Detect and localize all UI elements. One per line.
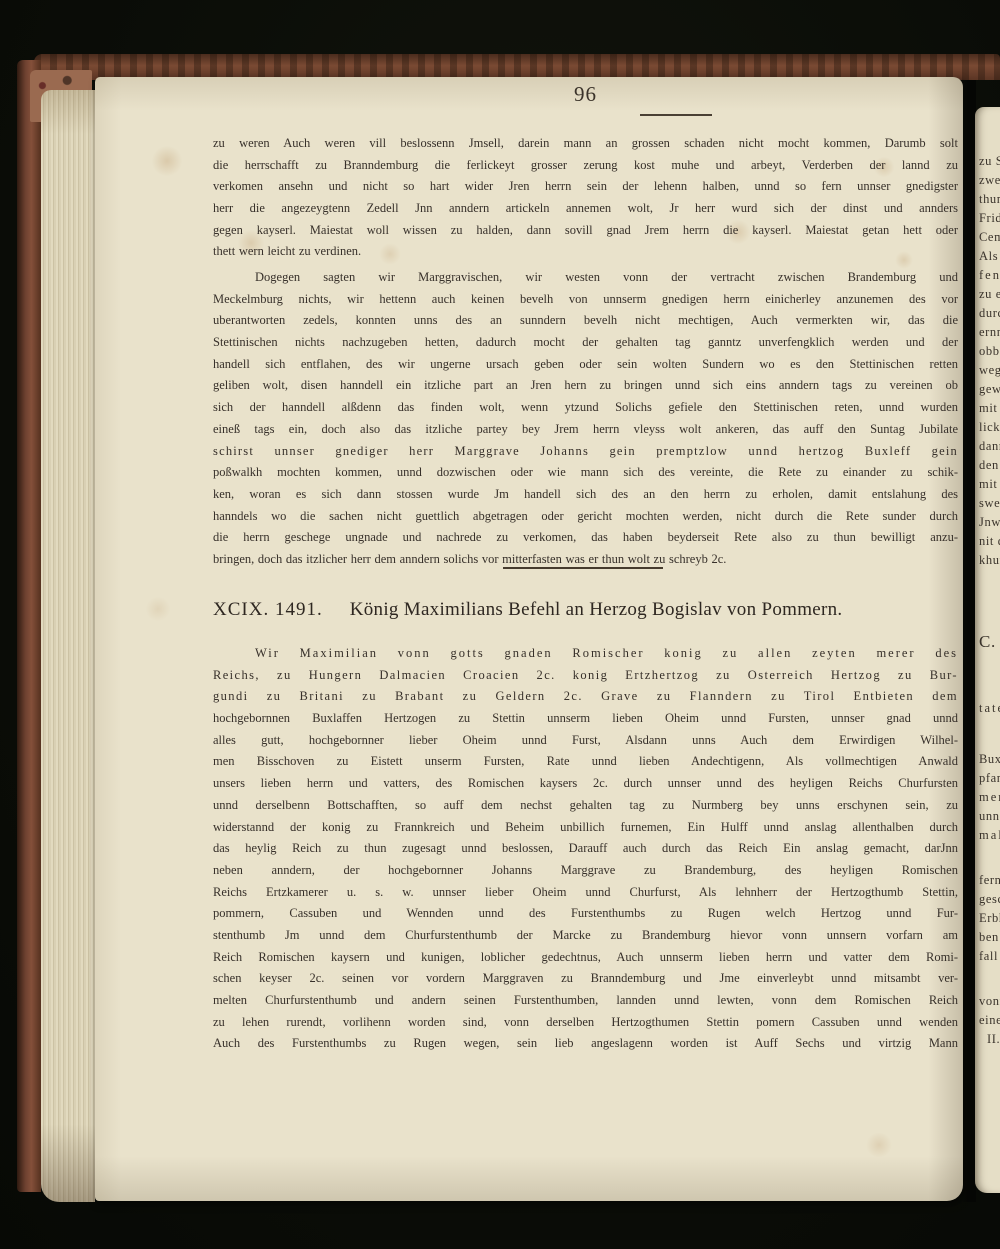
text-fragment: zu S — [979, 152, 1000, 171]
text-line: geliben wolt, disen hanndell ein itzlich… — [213, 375, 958, 397]
foxing-spot — [151, 146, 183, 176]
text-fragment: fern e — [979, 871, 1000, 890]
text-fragment: gesche — [979, 890, 1000, 909]
text-fragment: dann — [979, 437, 1000, 456]
text-line: Reichs Ertzkamerer u. s. w. unnser liebe… — [213, 882, 958, 904]
text-fragment: Erbhe — [979, 909, 1000, 928]
text-line: hochgebornnen Buxlaffen Hertzogen zu Ste… — [213, 708, 958, 730]
text-line: eineß tags ein, doch also das itzliche p… — [213, 419, 958, 441]
text-line: neben anndern, der hochgebornner Johanns… — [213, 860, 958, 882]
text-line: gundi zu Britani zu Brabant zu Geldern 2… — [213, 686, 958, 708]
text-fragment: mit — [979, 475, 1000, 494]
text-fragment: mern — [979, 788, 1000, 807]
document-heading: XCIX. 1491. König Maximilians Befehl an … — [213, 599, 958, 631]
text-line: alles gutt, hochgebornner lieber Oheim u… — [213, 730, 958, 752]
text-line: Reich Romischen kaysern und kunigen, lob… — [213, 947, 958, 969]
text-line: unsers lieben herrn und vatters, des Rom… — [213, 773, 958, 795]
text-line: Wir Maximilian vonn gotts gnaden Romisch… — [213, 643, 958, 665]
text-line: thett wern leicht zu verdinen. — [213, 241, 958, 263]
text-fragment: swere — [979, 494, 1000, 513]
text-line: Reichs, zu Hungern Dalmacien Croacien 2c… — [213, 665, 958, 687]
text-line: Dogegen sagten wir Marggravischen, wir w… — [213, 267, 958, 289]
text-line: sich der hanndell alßdenn das finden wol… — [213, 397, 958, 419]
paragraph-margrave-reply: Dogegen sagten wir Marggravischen, wir w… — [213, 267, 958, 571]
section-divider — [503, 567, 663, 569]
book-scan: { "colors": { "background": "#0a0c07", "… — [0, 0, 1000, 1249]
text-line: poßwalkh mochten kommen, unnd dozwischen… — [213, 462, 958, 484]
text-fragment: tate — [979, 699, 1000, 718]
text-line: unnd derselbenn Bottschafften, so auff d… — [213, 795, 958, 817]
text-fragment: Jnwo — [979, 513, 1000, 532]
text-fragment: zu e — [979, 285, 1000, 304]
text-fragment: Cema — [979, 228, 1000, 247]
text-fragment: nit d — [979, 532, 1000, 551]
text-fragment: einen — [979, 1011, 1000, 1030]
text-fragment: thum — [979, 190, 1000, 209]
text-fragment: pfann — [979, 769, 1000, 788]
text-fragment: gewa — [979, 380, 1000, 399]
paragraph-continuation: zu weren Auch weren vill beslossenn Jmse… — [213, 133, 958, 263]
text-line: stenthumb Jm unnd dem Churfurstenthumb d… — [213, 925, 958, 947]
foxing-spot — [865, 1133, 893, 1157]
text-line: schen keyser 2c. seinen vor vordern Marg… — [213, 968, 958, 990]
next-page-sliver: zu SzweinthumFridCemaAlsfenzu edurchernn… — [975, 107, 1000, 1193]
text-line: men Bisschoven zu Eistett unserm Fursten… — [213, 751, 958, 773]
text-line: hanndels wo die sachen nicht guettlich a… — [213, 506, 958, 528]
text-fragment: Frid — [979, 209, 1000, 228]
text-line: verkomen ansehn und nicht so hart wider … — [213, 176, 958, 198]
text-line: uberantworten zedels, konnten unns des a… — [213, 310, 958, 332]
text-fragment: mall — [979, 826, 1000, 845]
text-line: Stettinischen nichts nachzugeben hetten,… — [213, 332, 958, 354]
text-fragment: fen — [979, 266, 1000, 285]
text-fragment: ben u — [979, 928, 1000, 947]
text-line: handell sich entflahen, des wir ungerne … — [213, 354, 958, 376]
paragraph-maximilian-decree: Wir Maximilian vonn gotts gnaden Romisch… — [213, 643, 958, 1055]
text-line: widerstannd der konig zu Frannkreich und… — [213, 817, 958, 839]
text-line: schirst unnser gnediger herr Marggrave J… — [213, 441, 958, 463]
text-line: gegen kayserl. Maiestat woll wissen zu h… — [213, 220, 958, 242]
text-line: ken, woran es sich dann stossen wurde Jm… — [213, 484, 958, 506]
text-fragment: fall f — [979, 947, 1000, 966]
text-fragment: durch — [979, 304, 1000, 323]
foxing-spot — [145, 597, 171, 621]
main-page: 96 zu weren Auch weren vill beslossenn J… — [95, 77, 963, 1201]
text-line: pommern, Cassuben und Wennden unnd des F… — [213, 903, 958, 925]
text-fragment: weger — [979, 361, 1000, 380]
book-spine — [17, 60, 41, 1192]
page-edge-stack — [41, 90, 95, 1202]
text-fragment: C. — [979, 632, 1000, 651]
next-page-text-column: zu SzweinthumFridCemaAlsfenzu edurchernn… — [979, 152, 1000, 1049]
text-line: zu weren Auch weren vill beslossenn Jmse… — [213, 133, 958, 155]
text-fragment: Als — [979, 247, 1000, 266]
text-fragment: khund — [979, 551, 1000, 570]
text-fragment: den b — [979, 456, 1000, 475]
text-line: zu lehen rurendt, vorlihenn worden sind,… — [213, 1012, 958, 1034]
text-fragment: lickha — [979, 418, 1000, 437]
text-fragment: II. — [979, 1030, 1000, 1049]
text-line: Auch des Furstenthumbs zu Rugen wegen, s… — [213, 1033, 958, 1055]
text-fragment: ernnst — [979, 323, 1000, 342]
page-gap-shadow — [961, 80, 976, 1202]
heading-numeral: XCIX. 1491. — [213, 599, 323, 621]
text-line: herr die angezeygtenn Zedell Jnn anndern… — [213, 198, 958, 220]
text-line: die herrschafft zu Branndemburg die ferl… — [213, 155, 958, 177]
text-fragment: vonn — [979, 992, 1000, 1011]
text-fragment: Buxl — [979, 750, 1000, 769]
page-number-rule — [640, 114, 712, 116]
text-fragment: obbes — [979, 342, 1000, 361]
heading-title: König Maximilians Befehl an Herzog Bogis… — [350, 599, 843, 621]
text-line: melten Churfurstenthumb und andern seine… — [213, 990, 958, 1012]
text-line: das heylig Reich zu thun zugesagt unnd b… — [213, 838, 958, 860]
text-fragment: zwein — [979, 171, 1000, 190]
text-line: Meckelmburg nichts, wir hettenn auch kei… — [213, 289, 958, 311]
text-fragment: unnd — [979, 807, 1000, 826]
text-fragment: mit — [979, 399, 1000, 418]
page-number: 96 — [213, 82, 958, 107]
text-line: die herrn geschege ungnade und nachrede … — [213, 527, 958, 549]
